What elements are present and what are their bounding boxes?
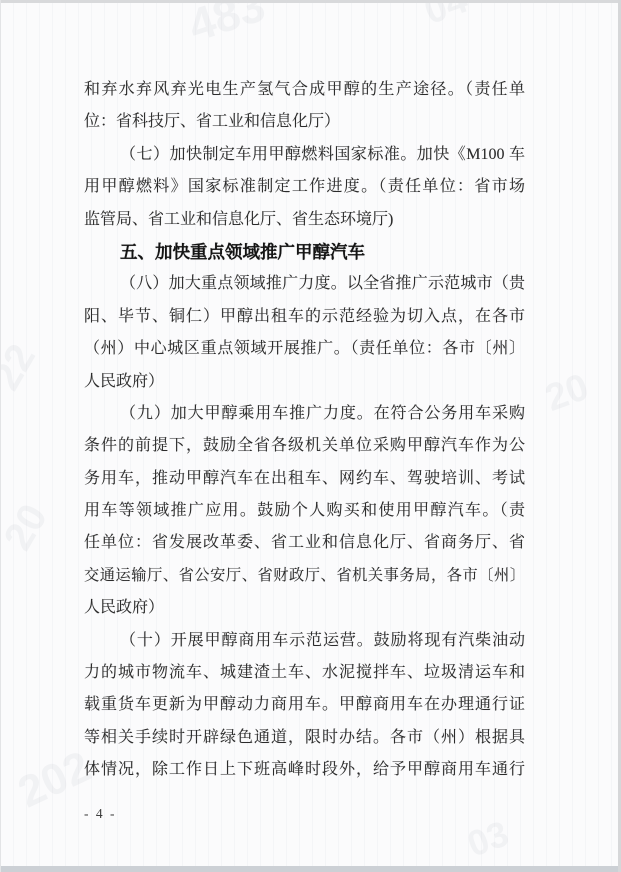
text-line: （九）加大甲醇乘用车推广力度。在符合公务用车采购 (84, 398, 525, 430)
text-line: 体情况，除工作日上下班高峰时段外，给予甲醇商用车通行 (84, 754, 525, 786)
text-line: 务用车，推动甲醇汽车在出租车、网约车、驾驶培训、考试 (84, 463, 525, 495)
watermark-fragment: 04 (419, 0, 473, 34)
page-edge-left (0, 0, 1, 872)
text-line: 力的城市物流车、城建渣土车、水泥搅拌车、垃圾清运车和 (84, 657, 525, 689)
text-line: （七）加快制定车用甲醇燃料国家标准。加快《M100 车 (84, 139, 525, 171)
watermark-fragment: 20 (540, 366, 594, 421)
text-line: （八）加大重点领域推广力度。以全省推广示范城市（贵 (84, 268, 525, 300)
section-heading: 五、加快重点领域推广甲醇汽车 (84, 236, 525, 268)
watermark-fragment: 483 (182, 0, 272, 53)
watermark-fragment: 22 (0, 337, 45, 398)
text-line: 用甲醇燃料》国家标准制定工作进度。（责任单位：省市场 (84, 171, 525, 203)
text-line: 任单位：省发展改革委、省工业和信息化厅、省商务厅、省 (84, 527, 525, 559)
page-number: - 4 - (84, 806, 117, 822)
text-line: 人民政府） (84, 592, 525, 624)
text-line: 监管局、省工业和信息化厅、省生态环境厅) (84, 204, 525, 236)
text-line: 用车等领域推广应用。鼓励个人购买和使用甲醇汽车。（责 (84, 495, 525, 527)
text-line: 交通运输厅、省公安厅、省财政厅、省机关事务局，各市〔州〕 (84, 560, 525, 592)
text-line: 人民政府） (84, 366, 525, 398)
text-line: 条件的前提下，鼓励全省各级机关单位采购甲醇汽车作为公 (84, 430, 525, 462)
text-line: 等相关手续时开辟绿色通道，限时办结。各市（州）根据具 (84, 722, 525, 754)
watermark-fragment: 03 (462, 812, 514, 865)
text-line: 位：省科技厅、省工业和信息化厅） (84, 106, 525, 138)
document-text: 和弃水弃风弃光电生产氢气合成甲醇的生产途径。（责任单位：省科技厅、省工业和信息化… (84, 74, 525, 787)
text-line: （十）开展甲醇商用车示范运营。鼓励将现有汽柴油动 (84, 625, 525, 657)
text-line: 阳、毕节、铜仁）甲醇出租车的示范经验为切入点，在各市 (84, 301, 525, 333)
watermark-fragment: 20 (0, 497, 57, 558)
page-edge-top (0, 0, 621, 3)
page-edge-bottom (0, 866, 621, 872)
text-line: 和弃水弃风弃光电生产氢气合成甲醇的生产途径。（责任单 (84, 74, 525, 106)
scanned-document-page: 4830422202022003 和弃水弃风弃光电生产氢气合成甲醇的生产途径。（… (0, 0, 621, 872)
text-line: 载重货车更新为甲醇动力商用车。甲醇商用车在办理通行证 (84, 689, 525, 721)
text-line: （州）中心城区重点领域开展推广。（责任单位：各市〔州〕 (84, 333, 525, 365)
